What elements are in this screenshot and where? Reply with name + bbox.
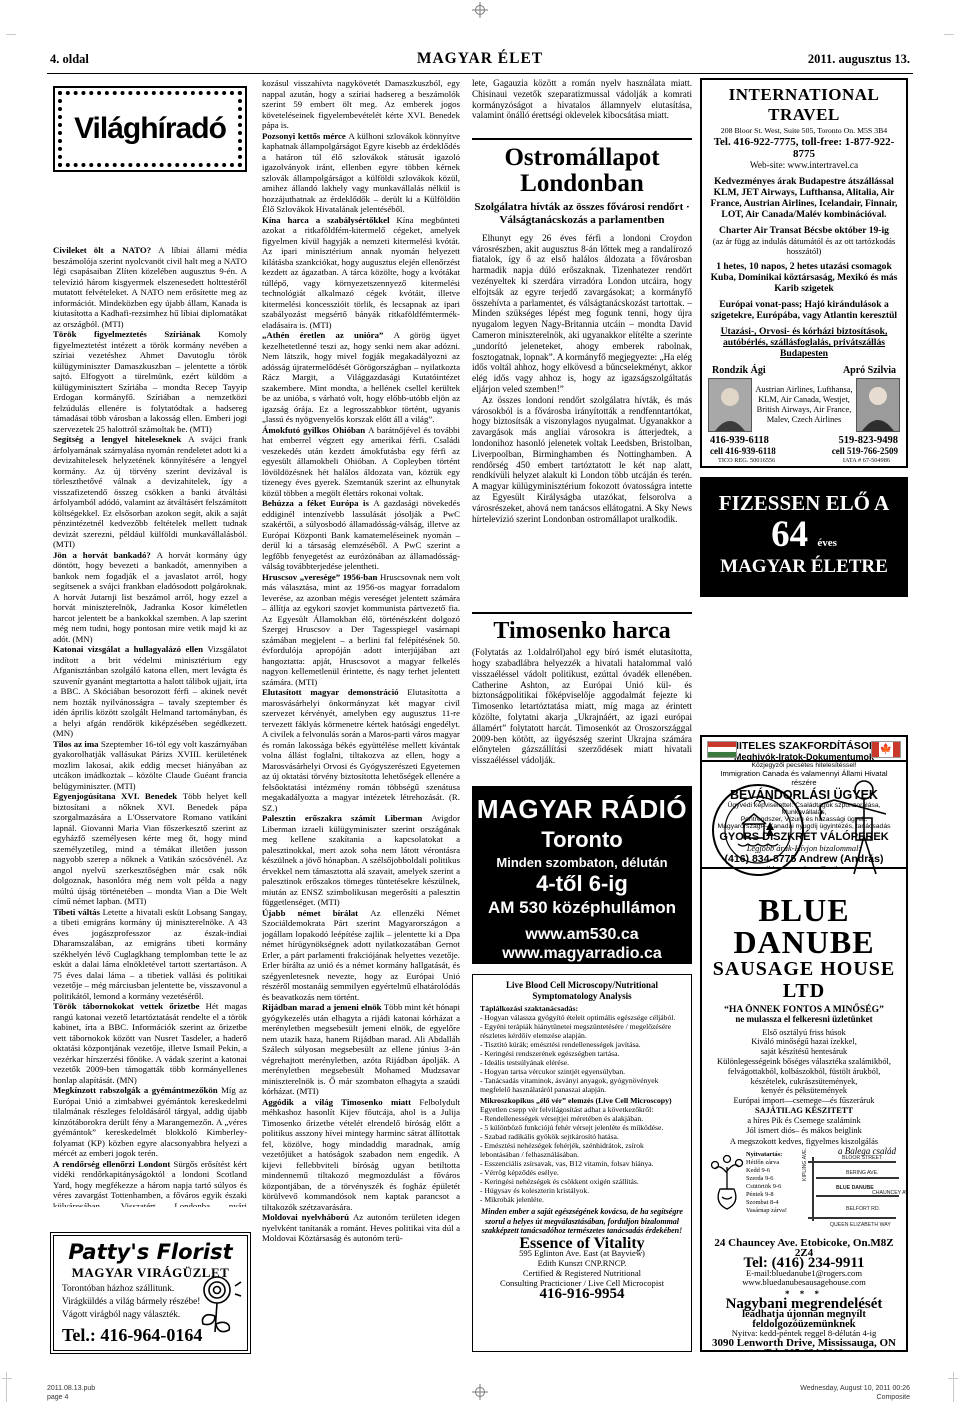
news-item: Egyenjogúsítana XVI. Benedek Több helyet… bbox=[53, 791, 247, 907]
danube-line: a híres Pik és Csemege szalámink bbox=[710, 1116, 898, 1126]
news-item: Behúzza a féket Európa is A gazdasági nö… bbox=[262, 498, 460, 572]
street-label: BELFORT RD. bbox=[846, 1205, 880, 1215]
radio-frequency: AM 530 középhullámon bbox=[472, 898, 692, 918]
street-label: BERING AVE. bbox=[846, 1169, 878, 1179]
vitality-person: Edith Kunszt CNP.RNCP. bbox=[480, 1258, 684, 1268]
flower-vase-illustration bbox=[710, 1151, 744, 1235]
travel-offer: Kedvezményes árak Budapestre átszállássa… bbox=[708, 176, 900, 220]
list-item: - Húgysav és koleszterin kristályok. bbox=[480, 1186, 684, 1195]
issue-date: 2011. augusztus 13. bbox=[808, 52, 910, 67]
vitality-section: Táplálkozási szaktanácsadás: bbox=[480, 1004, 684, 1013]
radio-url: www.am530.ca bbox=[472, 926, 692, 944]
list-item: saját készítésű hentesáruk bbox=[710, 1047, 898, 1057]
news-item: Katonai vizsgálat a hullagyalázó ellen V… bbox=[53, 644, 247, 739]
butcher-illustration bbox=[812, 774, 898, 886]
news-item: Jön a horvát bankadó? A horvát kormány ú… bbox=[53, 550, 247, 645]
vilaghirado-title: Világhíradó bbox=[74, 112, 226, 146]
london-paragraph: Az összes londoni rendőrt szolgálatra hí… bbox=[472, 395, 692, 525]
section-rule bbox=[472, 612, 692, 614]
crop-mark bbox=[948, 1378, 958, 1379]
list-item: - Tanácsadás vitaminok, ásványi anyagok,… bbox=[480, 1076, 684, 1094]
crop-mark bbox=[6, 34, 16, 35]
subscribe-years-label: éves bbox=[817, 537, 837, 549]
family-signature: a Balega család bbox=[838, 1147, 896, 1157]
list-item: Szombat 8-4 bbox=[746, 1199, 798, 1207]
news-column-1: Civileket ölt a NATO? A líbiai állami mé… bbox=[53, 245, 247, 1207]
danube-line: Jól ismert diós– és mákos beiglink bbox=[710, 1126, 898, 1136]
danube-name: BLUE DANUBE bbox=[710, 894, 898, 958]
travel-website: Web-site: www.intertravel.ca bbox=[708, 161, 900, 171]
store-hours-list: Hétfőn zárvaKedd 9-6Szerda 9-6Csütörtök … bbox=[746, 1159, 798, 1215]
list-item: - Emésztési nehézségek fehérjék, szénhid… bbox=[480, 1141, 684, 1159]
vitality-list: - Rendellenességek vérsejtjei méretében … bbox=[480, 1114, 684, 1204]
news-item: Újabb német bírálat Az ellenzéki Német S… bbox=[262, 908, 460, 1003]
street-label: QUEEN ELIZABETH WAY bbox=[830, 1221, 891, 1231]
news-item: Kína harca a szabálysértőkkel Kína megbü… bbox=[262, 215, 460, 331]
iata-registration: IATA # 67-504986 bbox=[843, 457, 890, 464]
news-item: Aggódik a világ Timosenko miatt Felbolyd… bbox=[262, 1097, 460, 1213]
crop-mark bbox=[953, 1372, 954, 1402]
timosenko-paragraph: (Folytatás az 1.oldalról)ahol egy bíró i… bbox=[472, 647, 692, 766]
map-store-label: BLUE DANUBE bbox=[836, 1184, 874, 1194]
radio-time: 4-től 6-ig bbox=[472, 871, 692, 897]
registration-mark-icon bbox=[472, 2, 488, 18]
section-rule bbox=[472, 138, 692, 140]
vitality-phone: 416-916-9954 bbox=[480, 1290, 684, 1299]
airlines-list: Austrian Airlines, Lufthansa, KLM, Air C… bbox=[754, 385, 854, 425]
continuation-text: kozásul visszahívta nagykövetét Damaszku… bbox=[262, 78, 460, 131]
agent-phone: 416-939-6118 bbox=[710, 435, 776, 446]
danube-name2: SAUSAGE HOUSE LTD bbox=[710, 958, 898, 1002]
vitality-list: - Hogyan válassza gyógyító ételeit optim… bbox=[480, 1013, 684, 1094]
continuation-text: lete, Gagauzia között a román nyelv hasz… bbox=[472, 78, 692, 121]
list-item: - Keringési nehézségek és csökkent oxigé… bbox=[480, 1177, 684, 1186]
subscribe-ad: FIZESSEN ELŐ A 64 éves MAGYAR ÉLETRE bbox=[700, 477, 908, 597]
travel-offer-note: (az ár függ az indulás dátumától és az o… bbox=[708, 236, 900, 256]
danube-line: SAJÁTILAG KÉSZITETT bbox=[710, 1106, 898, 1116]
store-hours-title: Nyitvatartás: bbox=[746, 1151, 798, 1159]
travel-offer: 1 hetes, 10 napos, 2 hetes utazási csoma… bbox=[708, 261, 900, 294]
travel-address: 208 Bloor St. West, Suite 505, Toronto O… bbox=[708, 126, 900, 135]
news-item: Pozsonyi kettős mérce A külhoni szlováko… bbox=[262, 131, 460, 215]
list-item: - Ideális testsúlyának elérése. bbox=[480, 1058, 684, 1067]
list-item: - Tisztító kúrák; emésztési rendelleness… bbox=[480, 1040, 684, 1049]
footer-page: page 4 bbox=[47, 1393, 95, 1402]
news-item: Tilos az ima Szeptember 16-tól egy volt … bbox=[53, 739, 247, 792]
list-item: - Szabad radikális gyökök sejtkárosító h… bbox=[480, 1132, 684, 1141]
news-item: „Athén éretlen az unióra” A görög ügyet … bbox=[262, 330, 460, 425]
list-item: - Rendellenességek vérsejtjei méretében … bbox=[480, 1114, 684, 1123]
header-rule bbox=[47, 73, 913, 74]
list-item: Szerda 9-6 bbox=[746, 1175, 798, 1183]
vilaghirado-box: Világhíradó bbox=[53, 86, 247, 172]
list-item: Különlegességeink bőséges választéka sza… bbox=[710, 1057, 898, 1067]
timosenko-headline: Timosenko harca bbox=[472, 619, 692, 644]
news-item: Török tábornokokat vettek őrizetbe Hét m… bbox=[53, 1001, 247, 1085]
list-item: Hétfőn zárva bbox=[746, 1159, 798, 1167]
vitality-motto: Minden ember a saját egészségének kovács… bbox=[480, 1207, 684, 1236]
vitality-address: 595 Eglinton Ave. East (at Bayview) bbox=[480, 1248, 684, 1258]
vitality-credential: Certified & Registered Nutritional bbox=[480, 1268, 684, 1278]
list-item: Vasárnap zárva! bbox=[746, 1207, 798, 1215]
footer-mode: Composite bbox=[800, 1393, 910, 1402]
crop-mark bbox=[6, 1372, 7, 1402]
vitality-section-sub: Egyetlen csepp vér felvilágosítást adhat… bbox=[480, 1105, 684, 1114]
london-article: Ostromállapot Londonban Szolgálatra hívt… bbox=[472, 138, 692, 606]
travel-offer: Charter Air Transat Bécsbe október 19-ig bbox=[708, 225, 900, 236]
footer-datetime: Wednesday, August 10, 2011 00:26 bbox=[800, 1384, 910, 1393]
news-item: Tibeti váltás Letette a hivatali esküt L… bbox=[53, 907, 247, 1002]
vitality-brand: Essence of Vitality bbox=[480, 1239, 684, 1248]
vitality-title: Live Blood Cell Microscopy/Nutritional S… bbox=[480, 980, 684, 1001]
travel-title: INTERNATIONAL TRAVEL bbox=[708, 85, 900, 125]
street-label: CHAUNCEY AVE. bbox=[872, 1189, 908, 1199]
agent-name: Apró Szilvia bbox=[843, 365, 896, 376]
news-item: A rendőrség ellenőrzi Londont Sürgős erő… bbox=[53, 1159, 247, 1208]
list-item: Kedd 9-6 bbox=[746, 1167, 798, 1175]
list-item: - Egyéni terápiák hiánytünetei megszünte… bbox=[480, 1022, 684, 1040]
list-item: - 5 különböző funkciójú fehér vérsejt je… bbox=[480, 1123, 684, 1132]
registration-mark-icon bbox=[472, 1384, 488, 1400]
hungarian-flag-icon bbox=[707, 741, 737, 758]
subscribe-years: 64 bbox=[771, 514, 808, 555]
blue-danube-logo bbox=[710, 782, 806, 878]
list-item: Péntek 9-8 bbox=[746, 1191, 798, 1199]
footer-print-info: Wednesday, August 10, 2011 00:26 Composi… bbox=[800, 1384, 910, 1402]
news-column-2: kozásul visszahívta nagykövetét Damaszku… bbox=[262, 78, 460, 1354]
news-item: Megkínzott rabszolgák a gyémántmezőkön M… bbox=[53, 1085, 247, 1159]
danube-website: www.bluedanubesausagehouse.com bbox=[710, 1278, 898, 1288]
news-item: Hruscsov „veresége” 1956-ban Hruscsovnak… bbox=[262, 572, 460, 688]
footer-filename: 2011.08.13.pub bbox=[47, 1384, 95, 1393]
london-subhead: Szolgálatra hívták az összes fővárosi re… bbox=[472, 201, 692, 227]
list-item: kenyér és péksütemények bbox=[710, 1086, 898, 1096]
vitality-section: Mikroszkopikus „élő vér” elemzés (Live C… bbox=[480, 1096, 684, 1105]
footer-file-info: 2011.08.13.pub page 4 bbox=[47, 1384, 95, 1402]
news-item: Moldovai nyelvháború Az autonóm területe… bbox=[262, 1212, 460, 1244]
news-item: Elutasított magyar demonstráció Elutasít… bbox=[262, 687, 460, 813]
radio-city: Toronto bbox=[472, 827, 692, 853]
agent-cell: cell 416-939-6118 bbox=[710, 446, 776, 456]
list-item: - Vérrög képződés esélye. bbox=[480, 1168, 684, 1177]
agent-photo bbox=[856, 378, 900, 432]
list-item: készételek, cukrászsütemények, bbox=[710, 1077, 898, 1087]
london-headline: Ostromállapot Londonban bbox=[472, 145, 692, 198]
news-column-3-continuation: lete, Gagauzia között a román nyelv hasz… bbox=[472, 78, 692, 136]
list-item: - Keringési rendszerének egészségben tar… bbox=[480, 1049, 684, 1058]
list-item: Kiváló minőségű hazai ízekkel, bbox=[710, 1037, 898, 1047]
list-item: Első osztályú friss húsok bbox=[710, 1028, 898, 1038]
agent-phone: 519-823-9498 bbox=[832, 435, 898, 446]
rose-icon bbox=[191, 1272, 243, 1346]
vitality-ad: Live Blood Cell Microscopy/Nutritional S… bbox=[472, 974, 692, 1352]
danube-product-lines: Első osztályú friss húsokKiváló minőségű… bbox=[710, 1028, 898, 1106]
street-label: KIPLING AVE. bbox=[801, 1148, 811, 1181]
store-hours: Nyitvatartás: Hétfőn zárvaKedd 9-6Szerda… bbox=[746, 1151, 798, 1215]
location-map: BLOOR STREET BERING AVE. BLUE DANUBE CHA… bbox=[802, 1151, 898, 1231]
news-item: Ámokfutó gyilkos Ohióban A barátnőjével … bbox=[262, 425, 460, 499]
agent-photo bbox=[708, 378, 752, 432]
news-item: Civileket ölt a NATO? A líbiai állami mé… bbox=[53, 245, 247, 329]
travel-offer: Európai vonat-pass; Hajó kirándulások a … bbox=[708, 299, 900, 321]
london-paragraph: Elhunyt egy 26 éves férfi a londoni Croy… bbox=[472, 233, 692, 395]
news-item: Török figyelmeztetés Szíriának Komoly fi… bbox=[53, 329, 247, 434]
list-item: Európai import—csemege—és fűszeráruk bbox=[710, 1096, 898, 1106]
news-item: Segítség a lengyel hiteleseknek A svájci… bbox=[53, 434, 247, 550]
agent-cell: cell 519-766-2509 bbox=[832, 446, 898, 456]
list-item: - Mikrobák jelenléte. bbox=[480, 1195, 684, 1204]
florist-title: Patty's Florist bbox=[62, 1240, 239, 1264]
list-item: - Esszenciális zsírsavak, vas, B12 vitam… bbox=[480, 1159, 684, 1168]
list-item: - Hogyan tartsa vércukor szintjét egyens… bbox=[480, 1067, 684, 1076]
newspaper-page: 4. oldal MAGYAR ÉLET 2011. augusztus 13.… bbox=[0, 0, 960, 1408]
news-column-2-articles: Pozsonyi kettős mérce A külhoni szlováko… bbox=[262, 131, 460, 1244]
florist-ad: Patty's Florist MAGYAR VIRÁGÜZLET Toront… bbox=[50, 1232, 251, 1354]
canadian-flag-icon: 🍁 bbox=[871, 741, 901, 758]
crop-mark bbox=[2, 1378, 12, 1379]
danube-slogan2: ne mulassza el felkeresni üzletünket bbox=[710, 1015, 898, 1025]
radio-url: www.magyarradio.ca bbox=[472, 945, 692, 963]
crop-mark bbox=[944, 34, 954, 35]
radio-schedule: Minden szombaton, délután bbox=[472, 855, 692, 870]
plant-phone: Tel: 905-624-9910 bbox=[710, 1349, 898, 1352]
list-item: - Hogyan válassza gyógyító ételeit optim… bbox=[480, 1013, 684, 1022]
subscribe-line: FIZESSEN ELŐ A bbox=[700, 491, 908, 516]
travel-offer: Utazási-, Orvosi- és kórházi biztosításo… bbox=[708, 326, 900, 359]
timosenko-article: Timosenko harca (Folytatás az 1.oldalról… bbox=[472, 612, 692, 778]
list-item: felvágottakból, kolbászokból, füstölt ár… bbox=[710, 1067, 898, 1077]
travel-phone: Tel. 416-922-7775, toll-free: 1-877-922-… bbox=[708, 136, 900, 160]
magyar-radio-ad: MAGYAR RÁDIÓ Toronto Minden szombaton, d… bbox=[472, 786, 692, 964]
maple-leaf-icon: 🍁 bbox=[880, 744, 892, 755]
subscribe-line: MAGYAR ÉLETRE bbox=[700, 556, 908, 578]
radio-title: MAGYAR RÁDIÓ bbox=[472, 794, 692, 825]
travel-ad: INTERNATIONAL TRAVEL 208 Bloor St. West,… bbox=[700, 78, 908, 468]
tico-registration: TICO REG. 50016556 bbox=[718, 457, 775, 464]
news-item: Rijádban marad a jemeni elnök Több mint … bbox=[262, 1002, 460, 1097]
news-item: Palesztin erőszakra számít Liberman Avig… bbox=[262, 813, 460, 908]
agent-name: Rondzik Ági bbox=[712, 365, 766, 376]
list-item: Csütörtök 9-6 bbox=[746, 1183, 798, 1191]
blue-danube-ad: BLUE DANUBE SAUSAGE HOUSE LTD “HA ÖNNEK … bbox=[700, 760, 908, 1352]
